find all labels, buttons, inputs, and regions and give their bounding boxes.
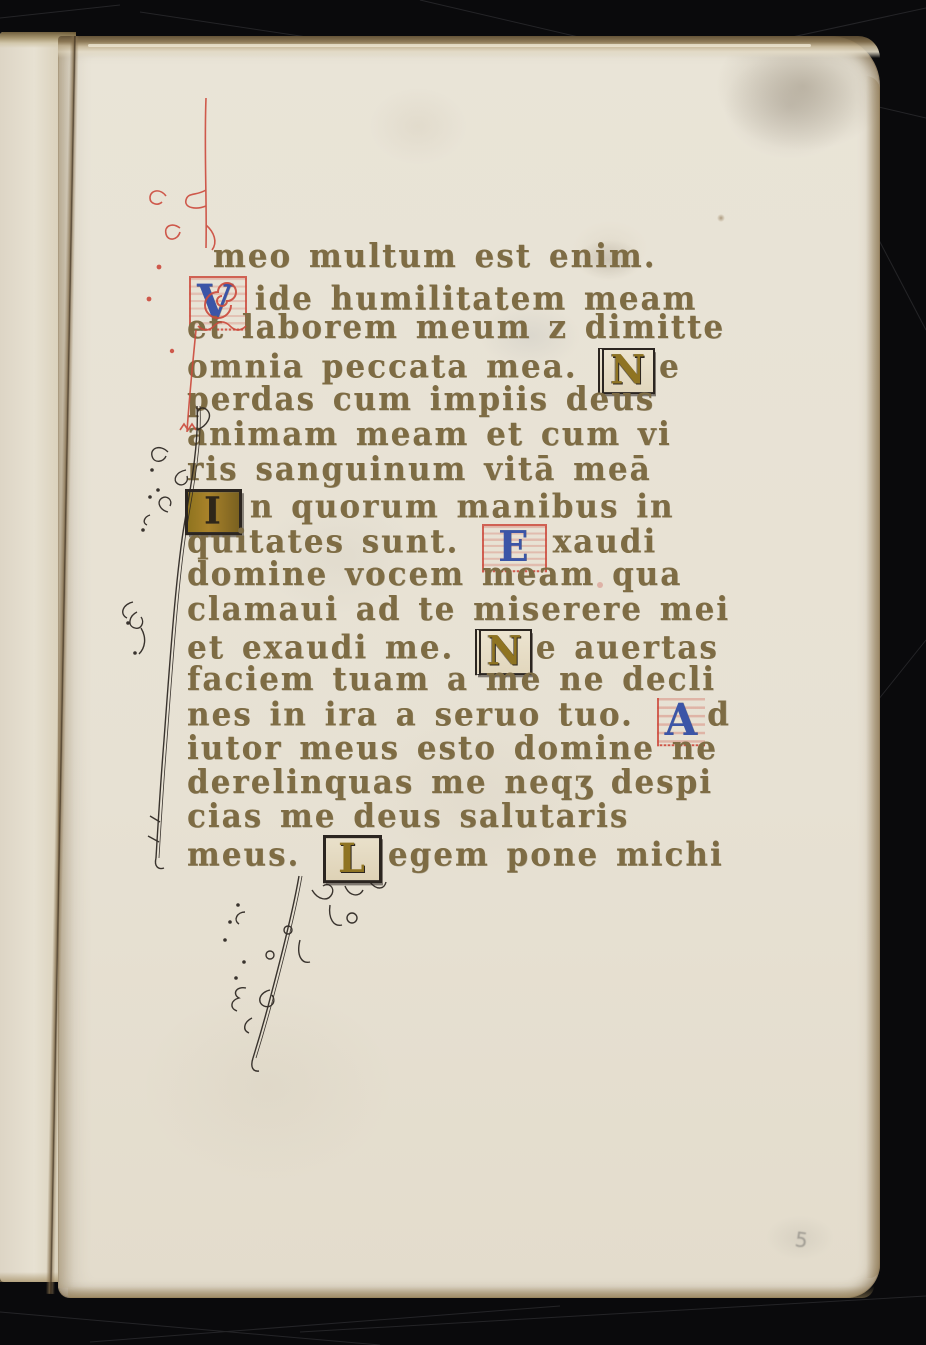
scratch-line [300,1296,926,1332]
line-text: clamaui ad te miserere mei [187,591,730,629]
page-top-edge-highlight [88,44,811,47]
line-text: iutor meus esto domine ne [187,730,718,768]
scratch-line [0,5,120,18]
text-line: clamaui ad te miserere mei [187,594,730,627]
line-text: nes in ira a seruo tuo. [187,696,651,734]
line-text: domine vocem meam qua [187,556,682,594]
line-text: ris sanguinum vitā meā [187,451,652,489]
text-line: animam meam et cum vi [187,419,672,452]
page-bottom-edge [68,1286,874,1298]
line-text: n quorum manibus in [250,488,675,526]
text-line: iutor meus esto domine ne [187,733,718,766]
line-text: derelinquas me neqʒ despi [187,764,713,802]
text-line: ris sanguinum vitā meā [187,454,652,487]
scratch-line [0,1312,380,1345]
text-line: meo multum est enim. [213,241,656,274]
cadel-initial-l: L [323,835,382,883]
line-text: meus. [187,836,317,874]
page-top-edge [58,36,880,58]
scratch-line [90,1306,560,1342]
text-line: et laborem meum z dimitte [187,312,725,345]
line-text: animam meam et cum vi [187,416,672,454]
text-line: faciem tuam a me ne decli [187,664,716,697]
text-line: perdas cum impiis deus [187,384,655,417]
line-text: et laborem meum z dimitte [187,309,725,347]
scratch-line [878,640,926,700]
line-text: d [707,696,731,734]
manuscript-photo: 5 meo multum est enim. Vide humilitatem … [0,0,926,1345]
line-text: cias me deus salutaris [187,798,629,836]
text-line: domine vocem meam qua [187,559,682,592]
line-text: faciem tuam a me ne decli [187,661,716,699]
line-text: perdas cum impiis deus [187,381,655,419]
line-text: meo multum est enim. [213,238,656,276]
page-right-edge [866,76,880,1278]
line-text: e [659,348,681,386]
text-line: meus. Legem pone michi [187,835,724,883]
text-line: cias me deus salutaris [187,801,629,834]
line-text: egem pone michi [388,836,724,874]
text-line: derelinquas me neqʒ despi [187,767,713,800]
